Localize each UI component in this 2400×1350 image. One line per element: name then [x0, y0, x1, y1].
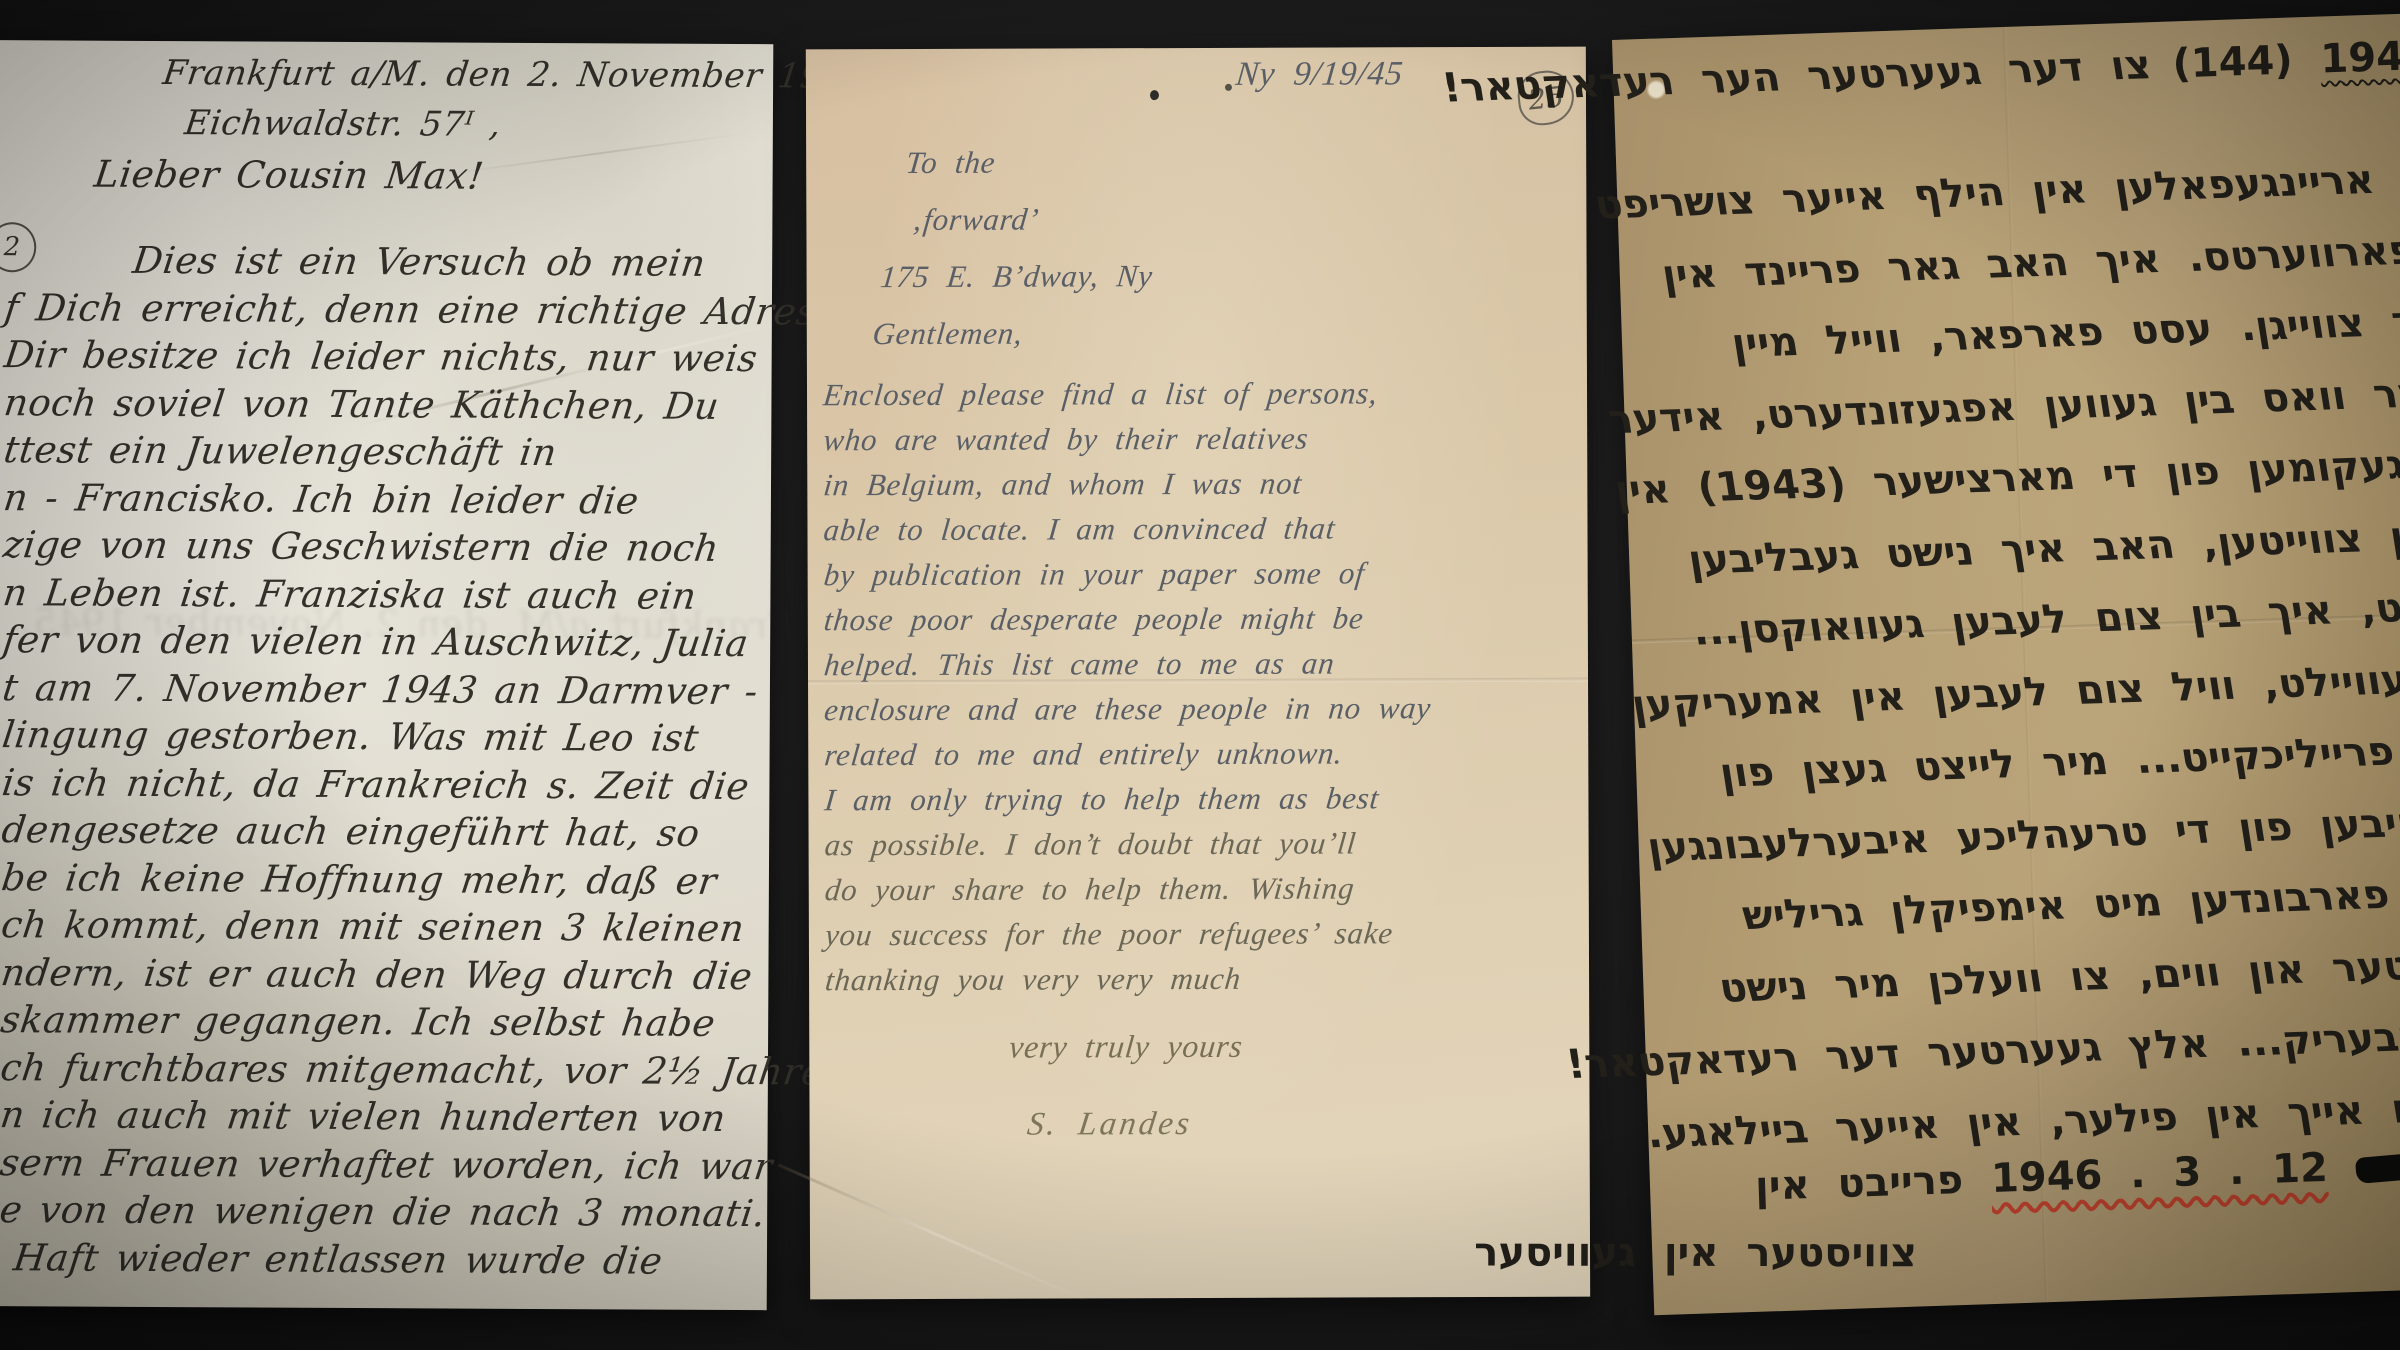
handwritten-line: noch soviel von Tante Käthchen, Du — [1, 379, 767, 430]
english-letter: Ny 9/19/45 25 To the‚forward’175 E. B’dw… — [806, 47, 1590, 1300]
handwritten-line: ndern, ist er auch den Weg durch die — [0, 949, 764, 1000]
handwritten-line: f Dich erreicht, denn eine richtige Adre… — [2, 284, 768, 335]
letter-heading: To the‚forward’175 E. B’dway, NyGentleme… — [872, 133, 1153, 362]
handwritten-line: Dir besitze ich leider nichts, nur weis — [2, 331, 768, 382]
corner-crease — [778, 1163, 1090, 1303]
handwritten-line: t am 7. November 1943 an Darmver - — [0, 664, 766, 715]
letter-body: Dies ist ein Versuch ob meinf Dich errei… — [0, 236, 762, 1285]
handwritten-line: by publication in your paper some of — [822, 550, 1433, 597]
handwritten-line: helped. This list came to me as an — [822, 640, 1433, 687]
handwritten-line: ‚forward’ — [910, 190, 1156, 248]
signature: S. Landes — [1025, 1106, 1194, 1144]
handwritten-line: ch furchtbares mitgemacht, vor 2½ Jahren — [0, 1044, 764, 1095]
handwritten-line: thanking you very very much — [823, 955, 1434, 1002]
salutation-line: Lieber Cousin Max! — [92, 153, 486, 198]
handwritten-line: 175 E. B’dway, Ny — [878, 247, 1156, 305]
handwritten-line: n - Francisko. Ich bin leider die — [1, 474, 767, 525]
handwritten-line: who are wanted by their relatives — [821, 415, 1432, 462]
handwritten-line: in Belgium, and whom I was not — [821, 460, 1432, 507]
yiddish-letter: (144) 1946.צו דער געערטער הער רעדאקטאר! … — [1612, 12, 2400, 1315]
date-note: Ny 9/19/45 — [1234, 55, 1405, 94]
handwritten-line: zige von uns Geschwistern die noch — [1, 521, 767, 572]
address-line: Eichwaldstr. 57ᴵ , — [182, 103, 503, 145]
handwritten-line: Enclosed please find a list of persons, — [821, 370, 1432, 417]
letter-heading: Frankfurt a/M. den 2. November 1945. Eic… — [0, 40, 773, 44]
handwritten-line: Gentlemen, — [870, 304, 1156, 362]
handwritten-line: ch kommt, denn mit seinen 3 kleinen — [0, 901, 765, 952]
german-letter: 2 Frankfurt a/M. den 2. November 1945. F… — [0, 40, 773, 1310]
tail-line: צוויסטער אין געוויסער — [1475, 1229, 1918, 1276]
handwritten-line: n Leben ist. Franziska ist auch ein — [0, 569, 766, 620]
handwritten-line: n ich auch mit vielen hunderten von — [0, 1091, 764, 1142]
handwritten-line: is ich nicht, da Frankreich s. Zeit die — [0, 759, 765, 810]
closing-words: פרייבט אין — [1754, 1157, 1963, 1210]
handwritten-line: sern Frauen verhaftet worden, ich war — [0, 1139, 763, 1190]
handwritten-line: be ich keine Hoffnung mehr, daß er — [0, 854, 765, 905]
archive-number: (144) — [2172, 37, 2294, 87]
handwritten-line: I am only trying to help them as best — [823, 775, 1434, 822]
handwritten-date: 1946 . 3 . 12 — [1990, 1145, 2328, 1202]
handwritten-line: skammer gegangen. Ich selbst habe — [0, 996, 764, 1047]
place-date-line: Frankfurt a/M. den 2. November 1945. — [161, 53, 881, 97]
handwritten-line: To the — [903, 133, 1155, 191]
handwritten-line: related to me and entirely unknown. — [822, 730, 1433, 777]
handwritten-line: ttest ein Juwelengeschäft in — [1, 426, 767, 477]
handwritten-line: those poor desperate people might be — [822, 595, 1433, 642]
handwritten-line: Dies ist ein Versuch ob mein — [2, 236, 768, 287]
letter-body: Enclosed please find a list of persons,w… — [821, 370, 1430, 1002]
handwritten-line: fer von den vielen in Auschwitz, Julia — [0, 616, 766, 667]
closing-line: very truly yours — [1007, 1028, 1244, 1066]
ink-dot — [1150, 90, 1159, 100]
handwritten-line: enclosure and are these people in no way — [822, 685, 1433, 732]
handwritten-line: e von den wenigen die nach 3 monati. — [0, 1186, 763, 1237]
photo-backdrop: 2 Frankfurt a/M. den 2. November 1945. F… — [0, 0, 2400, 1350]
handwritten-line: you success for the poor refugees’ sake — [823, 910, 1434, 957]
year-underlined: 1946. — [2320, 32, 2400, 82]
handwritten-line: as possible. I don’t doubt that you’ll — [823, 820, 1434, 867]
letter-heading: (144) 1946.צו דער געערטער הער רעדאקטאר! — [1442, 32, 2400, 111]
ink-dot — [1225, 84, 1232, 91]
handwritten-line: able to locate. I am convinced that — [822, 505, 1433, 552]
letter-body: מיר אריינגעפאלען אין הילף אייער צושריפטפ… — [1622, 142, 2400, 1171]
handwritten-line: dengesetze auch eingeführt hat, so — [0, 806, 765, 857]
handwritten-line: do your share to help them. Wishing — [823, 865, 1434, 912]
redaction-mark — [2355, 1151, 2400, 1184]
archive-number-and-year: (144) 1946. — [2172, 32, 2400, 87]
handwritten-line: lingung gestorben. Was mit Leo ist — [0, 711, 766, 762]
handwritten-line: Haft wieder entlassen wurde die — [0, 1234, 763, 1285]
